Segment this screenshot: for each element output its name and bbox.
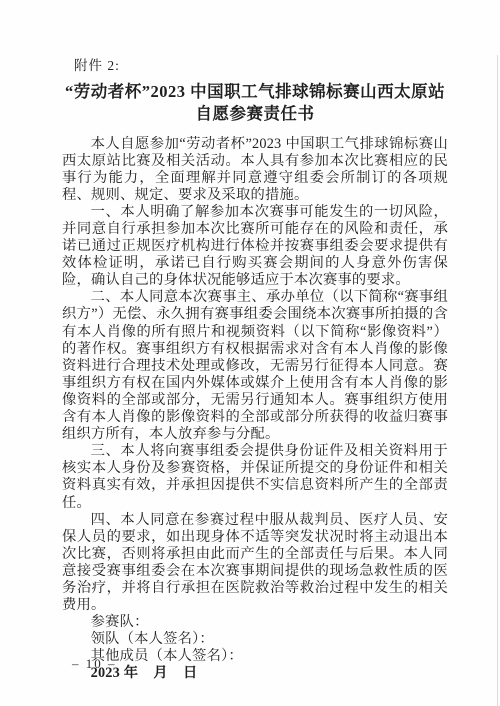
signature-line-leader: 领队（本人签名）：: [62, 631, 448, 648]
document-body: 本人自愿参加“劳动者杯”2023 中国职工气排球锦标赛山西太原站比赛及相关活动。…: [62, 136, 448, 615]
signature-line-team: 参赛队：: [62, 614, 448, 631]
paragraph-clause-1: 一、本人明确了解参加本次赛事可能发生的一切风险，并同意自行承担参加本次比赛所可能…: [62, 204, 448, 289]
paragraph-clause-2: 二、本人同意本次赛事主、承办单位（以下简称“赛事组织方”）无偿、永久拥有赛事组委…: [62, 289, 448, 443]
attachment-label: 附件 2:: [62, 58, 448, 74]
scanned-document-page: 附件 2: “劳动者杯”2023 中国职工气排球锦标赛山西太原站 自愿参赛责任书…: [0, 0, 500, 706]
document-title-line2: 自愿参赛责任书: [62, 103, 448, 125]
date-line: 2023 年 月 日: [62, 665, 448, 682]
document-title: “劳动者杯”2023 中国职工气排球锦标赛山西太原站 自愿参赛责任书: [62, 81, 448, 125]
page-number: – 10 –: [72, 656, 117, 672]
signature-block: 参赛队： 领队（本人签名）： 其他成员（本人签名）： 2023 年 月 日: [62, 614, 448, 682]
paragraph-clause-3: 三、本人将向赛事组委会提供身份证件及相关资料用于核实本人身份及参赛资格，并保证所…: [62, 443, 448, 511]
paragraph-intro: 本人自愿参加“劳动者杯”2023 中国职工气排球锦标赛山西太原站比赛及相关活动。…: [62, 136, 448, 204]
signature-line-members: 其他成员（本人签名）：: [62, 648, 448, 665]
scan-edge-line: [497, 55, 498, 706]
document-title-line1: “劳动者杯”2023 中国职工气排球锦标赛山西太原站: [62, 81, 448, 103]
paragraph-clause-4: 四、本人同意在参赛过程中服从裁判员、医疗人员、安保人员的要求，如出现身体不适等突…: [62, 512, 448, 615]
document-content: 附件 2: “劳动者杯”2023 中国职工气排球锦标赛山西太原站 自愿参赛责任书…: [62, 58, 448, 683]
